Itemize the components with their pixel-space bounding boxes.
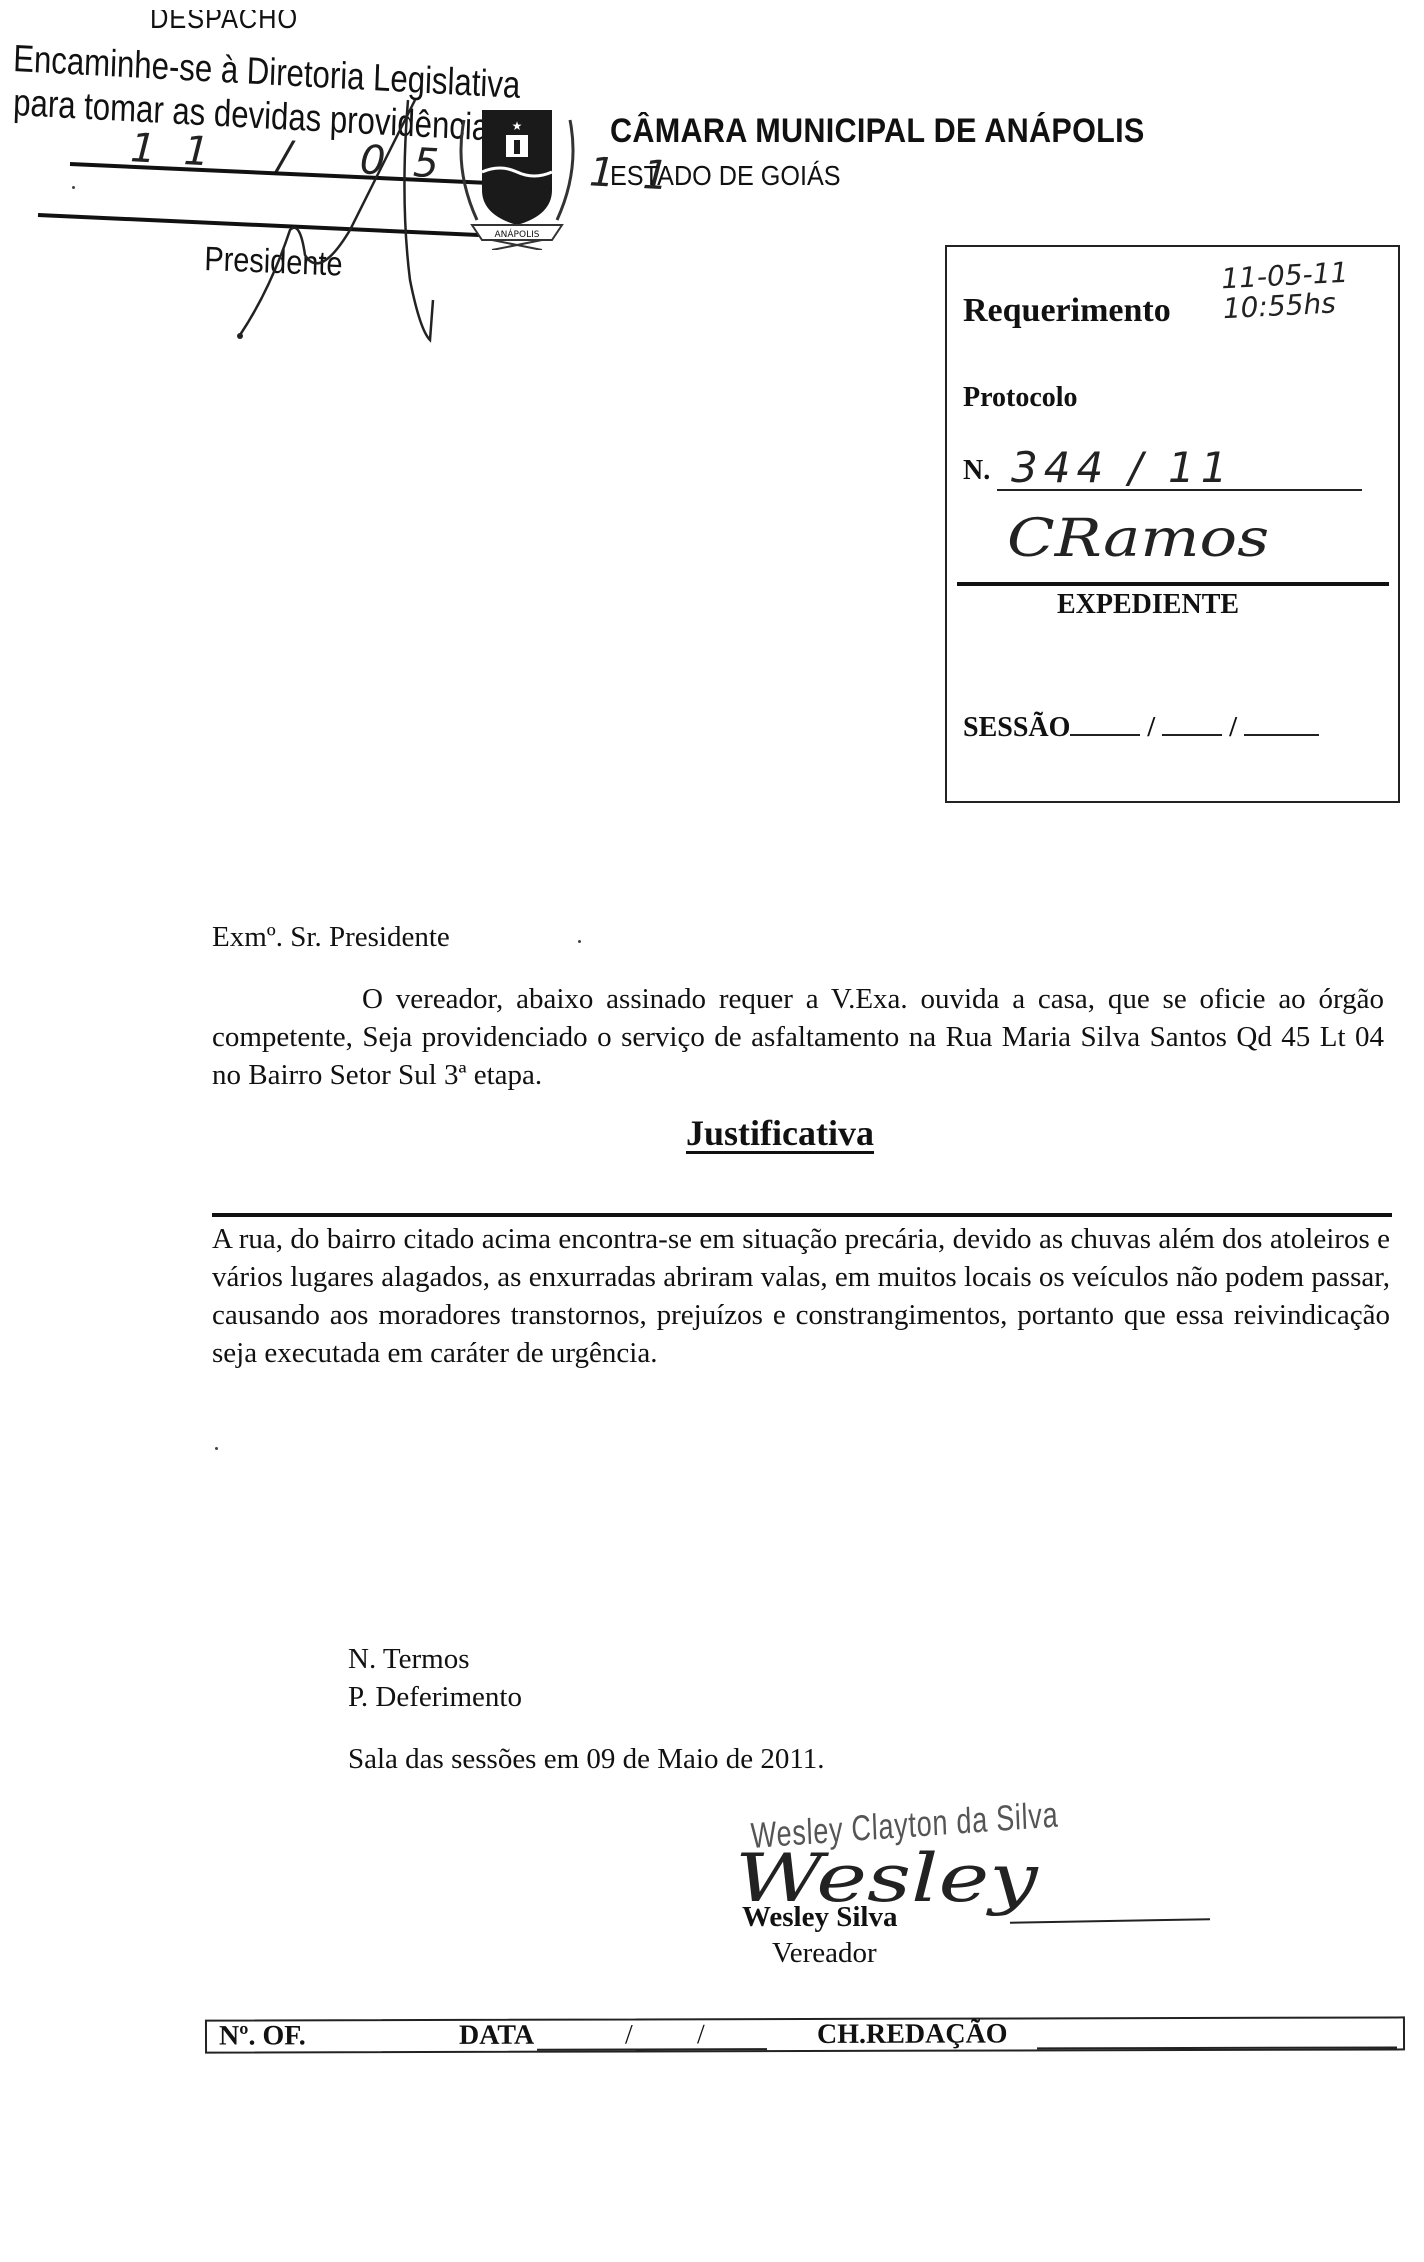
protocol-box-title: Requerimento [963,292,1171,330]
signature-tail-stroke [1010,1918,1210,1923]
redacao-field-line[interactable] [1037,2046,1397,2049]
signer-name: Wesley Silva [742,1898,897,1936]
office-number-label: Nº. OF. [219,2021,306,2051]
protocol-stamp-time: 10:55hs [1222,288,1350,325]
sessao-field[interactable]: SESSÃO / / [963,712,1319,744]
protocol-number-label: N. [963,455,990,487]
closing-deferimento: P. Deferimento [348,1678,522,1716]
coat-of-arms-icon: ★ ANÁPOLIS [452,80,582,250]
organization-state: ESTADO DE GOIÁS [610,160,841,192]
justification-paragraph: A rua, do bairro citado acima encontra-s… [212,1220,1390,1372]
justification-title: Justificativa [0,1112,1424,1154]
scan-speck [72,186,75,189]
president-signature-scribble [230,80,470,360]
scan-speck [215,1447,218,1450]
scan-speck [578,940,581,943]
request-paragraph: O vereador, abaixo assinado requer a V.E… [212,980,1384,1094]
signer-role: Vereador [772,1934,877,1972]
expediente-label: EXPEDIENTE [1057,589,1239,621]
clerk-signature: CRamos [1007,509,1269,569]
protocol-stamp-datetime: 11-05-11 10:55hs [1221,258,1351,325]
organization-name: CÂMARA MUNICIPAL DE ANÁPOLIS [610,112,1145,151]
closing-block: N. Termos P. Deferimento [348,1640,522,1716]
date-field-line[interactable] [537,2048,767,2051]
office-record-bar: Nº. OF. DATA / / CH.REDAÇÃO [205,2016,1405,2053]
salutation: Exmº. Sr. Presidente [212,918,450,956]
justification-rule [212,1213,1392,1217]
despacho-title: DESPACHO [150,2,298,36]
place-and-date: Sala das sessões em 09 de Maio de 2011. [348,1740,825,1778]
sessao-label: SESSÃO [963,712,1070,743]
expediente-rule [957,582,1389,586]
date-separator-2: / [697,2020,705,2050]
svg-text:ANÁPOLIS: ANÁPOLIS [495,228,540,240]
svg-text:★: ★ [512,119,523,133]
date-separator-1: / [625,2020,633,2050]
closing-terms: N. Termos [348,1640,522,1678]
protocol-box: Requerimento 11-05-11 10:55hs Protocolo … [945,245,1400,803]
date-label: DATA [459,2021,534,2051]
redacao-label: CH.REDAÇÃO [817,2019,1008,2049]
protocol-number-value[interactable]: 344 / 11 [1011,443,1233,492]
protocol-label: Protocolo [963,382,1078,414]
